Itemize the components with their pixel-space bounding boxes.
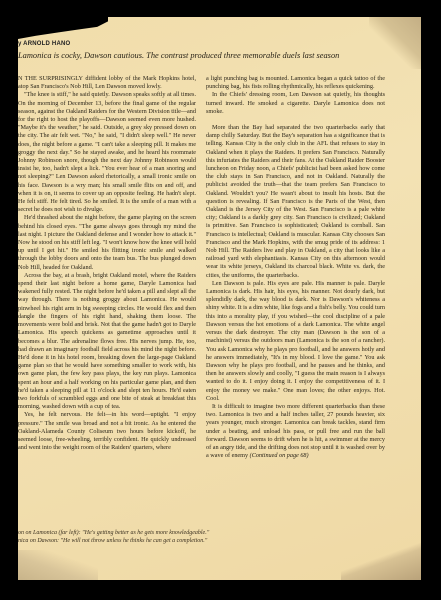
right-column: a light punching bag is mounted. Lamonic…: [206, 75, 385, 460]
left-column: N THE SURPRISINGLY diffident lobby of th…: [18, 75, 196, 452]
paragraph-text: It is difficult to imagine two more diff…: [206, 403, 385, 459]
paragraph: More than the Bay had separated the two …: [206, 124, 385, 280]
photo-captions: on on Lamonica (far left): "He's getting…: [18, 530, 418, 545]
paragraph: "The knee is stiff," he said quietly. Da…: [18, 91, 196, 214]
paragraph: Len Dawson is pale. His eyes are pale. H…: [206, 280, 385, 403]
article-deck: Lamonica is cocky, Dawson cautious. The …: [18, 51, 418, 60]
paragraph: In the Chiefs' dressing room, Len Dawson…: [206, 91, 385, 116]
page-stain-top-right: [369, 17, 421, 69]
page-stain-bottom-left: [18, 550, 98, 580]
byline: y ARNOLD HANO: [18, 41, 70, 47]
page-stain-bottom-right: [341, 540, 421, 580]
paragraph: a light punching bag is mounted. Lamonic…: [206, 75, 385, 91]
lead-paragraph: N THE SURPRISINGLY diffident lobby of th…: [18, 75, 196, 91]
paragraph: Across the bay, at a brash, bright Oakla…: [18, 272, 196, 411]
lead-smallcaps: N THE SURPRISINGLY: [18, 75, 83, 82]
paragraph: Yes, he felt nervous. He felt—in his wor…: [18, 411, 196, 452]
paragraph: It is difficult to imagine two more diff…: [206, 403, 385, 460]
caption-line: on on Lamonica (far left): "He's getting…: [18, 530, 418, 538]
caption-line: nica on Dawson: "He will not throw unles…: [18, 538, 418, 546]
continued-note: (Continued on page 68): [250, 452, 309, 459]
magazine-page: y ARNOLD HANO Lamonica is cocky, Dawson …: [18, 17, 421, 580]
torn-corner: [18, 17, 108, 39]
paragraph: He'd thrashed about the night before, th…: [18, 214, 196, 271]
